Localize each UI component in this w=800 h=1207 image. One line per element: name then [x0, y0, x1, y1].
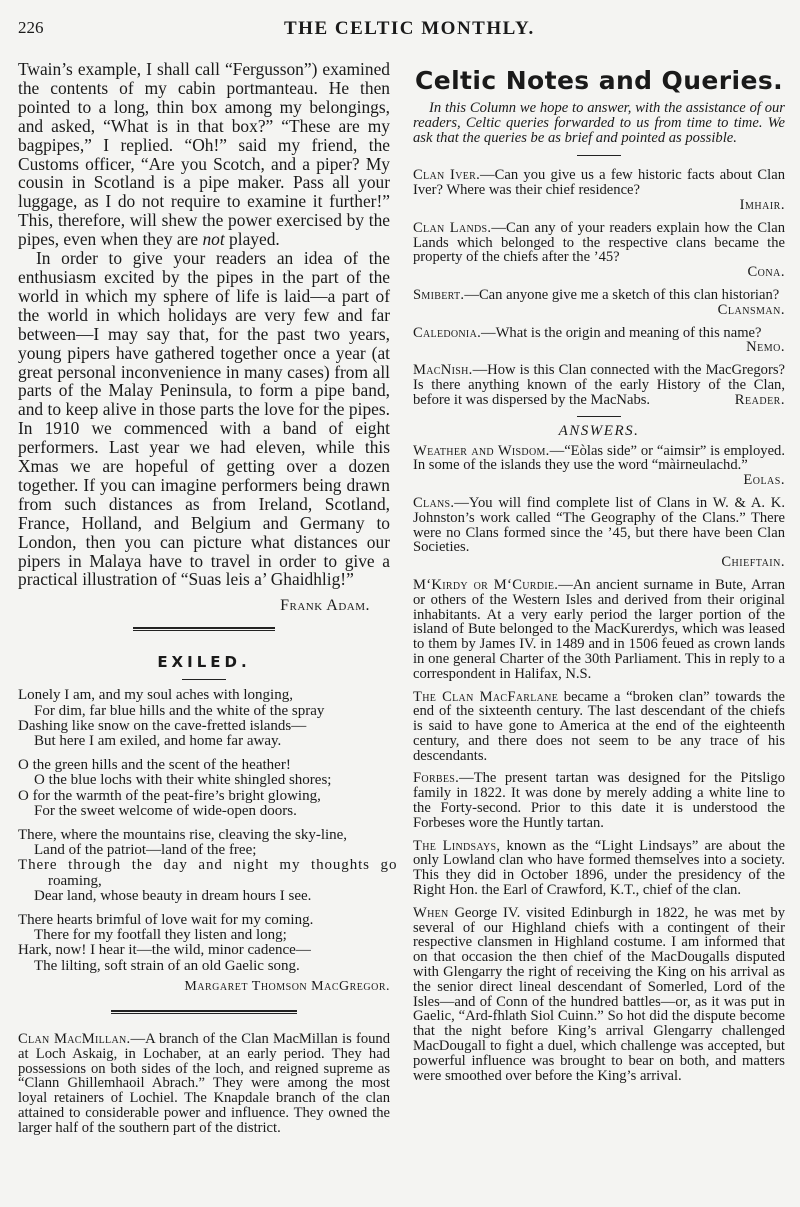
- left-column: Twain’s example, I shall call “Fergusson…: [18, 60, 390, 1144]
- page-number: 226: [18, 18, 44, 38]
- section-intro: In this Column we hope to answer, with t…: [413, 101, 785, 145]
- stanza-2: O the green hills and the scent of the h…: [18, 758, 390, 819]
- article-continuation: Twain’s example, I shall call “Fergusson…: [18, 60, 390, 615]
- note-heading: Clan MacMillan.: [18, 1031, 130, 1047]
- poem-line: The lilting, soft strain of an old Gaeli…: [18, 959, 390, 974]
- queries-list: Clan Iver.—Can you give us a few histori…: [413, 168, 785, 407]
- paragraph-text: played.: [225, 229, 280, 249]
- answers-list: Weather and Wisdom.—“Eòlas side” or “aim…: [413, 444, 785, 1084]
- paragraph-text: Twain’s example, I shall call “Fergusson…: [18, 59, 390, 249]
- query-item: MacNish.—How is this Clan connected with…: [413, 363, 785, 407]
- running-head: 226 THE CELTIC MONTHLY.: [18, 18, 782, 42]
- section-divider: [577, 416, 621, 417]
- query-heading: Clan Lands.: [413, 220, 491, 236]
- answer-author: Chieftain.: [423, 555, 785, 570]
- note-body: —A branch of the Clan MacMillan is found…: [18, 1031, 390, 1136]
- right-column: Celtic Notes and Queries. In this Column…: [413, 60, 785, 1091]
- poem-title: EXILED.: [18, 653, 390, 671]
- query-author: Cona.: [423, 265, 785, 280]
- answer-body: George IV. visited Edinburgh in 1822, he…: [413, 905, 785, 1084]
- query-body: —Can anyone give me a sketch of this cla…: [464, 287, 779, 303]
- poem-line: Dashing like snow on the cave-fretted is…: [18, 719, 390, 734]
- poem-line: For dim, far blue hills and the white of…: [18, 704, 390, 719]
- article-paragraph-2: In order to give your readers an idea of…: [18, 249, 390, 589]
- query-item: Clan Iver.—Can you give us a few histori…: [413, 168, 785, 212]
- query-heading: Smibert.: [413, 287, 464, 303]
- journal-title: THE CELTIC MONTHLY.: [284, 18, 535, 40]
- poem-line: roaming,: [18, 874, 390, 889]
- answer-heading: Forbes.: [413, 770, 459, 786]
- answer-item: Clans.—You will find complete list of Cl…: [413, 496, 785, 570]
- query-item: Smibert.—Can anyone give me a sketch of …: [413, 288, 785, 318]
- query-author: Nemo.: [746, 340, 785, 355]
- query-author: Clansman.: [718, 303, 785, 318]
- poem-line: But here I am exiled, and home far away.: [18, 734, 390, 749]
- poem-author: Margaret Thomson MacGregor.: [18, 979, 390, 994]
- poem-line: There for my footfall they listen and lo…: [18, 928, 390, 943]
- section-divider: [133, 627, 275, 631]
- poem-line: There hearts brimful of love wait for my…: [18, 913, 390, 928]
- poem-line: Land of the patriot—land of the free;: [18, 843, 390, 858]
- query-heading: MacNish.: [413, 362, 473, 378]
- article-signature: Frank Adam.: [18, 597, 390, 615]
- poem-line: Hark, now! I hear it—the wild, minor cad…: [18, 943, 390, 958]
- answer-body: —An ancient surname in Bute, Arran or ot…: [413, 577, 785, 682]
- answer-item: When George IV. visited Edinburgh in 182…: [413, 906, 785, 1084]
- stanza-3: There, where the mountains rise, cleavin…: [18, 828, 390, 904]
- answer-heading: Clans.: [413, 495, 454, 511]
- query-item: Caledonia.—What is the origin and meanin…: [413, 326, 785, 356]
- poem-line: O the green hills and the scent of the h…: [18, 758, 390, 773]
- query-author: Reader.: [735, 393, 785, 408]
- answer-heading: When: [413, 905, 449, 921]
- query-heading: Caledonia.: [413, 325, 481, 341]
- stanza-4: There hearts brimful of love wait for my…: [18, 913, 390, 974]
- answer-author: Eolas.: [743, 473, 785, 488]
- poem-exiled: Lonely I am, and my soul aches with long…: [18, 688, 390, 994]
- answer-item: Forbes.—The present tartan was designed …: [413, 771, 785, 830]
- answer-item: Weather and Wisdom.—“Eòlas side” or “aim…: [413, 444, 785, 488]
- magazine-page: 226 THE CELTIC MONTHLY. Twain’s example,…: [0, 0, 800, 1207]
- answers-title: ANSWERS.: [413, 423, 785, 440]
- answer-heading: M‘Kirdy or M‘Curdie.: [413, 577, 558, 593]
- answer-body: —The present tartan was designed for the…: [413, 770, 785, 830]
- answer-item: M‘Kirdy or M‘Curdie.—An ancient surname …: [413, 578, 785, 682]
- poem-line: There through the day and night my thoug…: [18, 858, 390, 873]
- note-clan-macmillan: Clan MacMillan.—A branch of the Clan Mac…: [18, 1032, 390, 1136]
- answer-heading: The Lindsays,: [413, 838, 500, 854]
- poem-line: There, where the mountains rise, cleavin…: [18, 828, 390, 843]
- emphasis-not: not: [202, 229, 224, 249]
- poem-line: Dear land, whose beauty in dream hours I…: [18, 889, 390, 904]
- query-heading: Clan Iver.: [413, 167, 480, 183]
- query-author: Imhair.: [423, 198, 785, 213]
- section-title: Celtic Notes and Queries.: [413, 66, 785, 95]
- answer-item: The Lindsays, known as the “Light Lindsa…: [413, 839, 785, 898]
- stanza-1: Lonely I am, and my soul aches with long…: [18, 688, 390, 749]
- answer-heading: Weather and Wisdom.: [413, 443, 550, 459]
- query-body: —What is the origin and meaning of this …: [481, 325, 761, 341]
- poem-line: O the blue lochs with their white shingl…: [18, 773, 390, 788]
- title-rule: [182, 679, 226, 680]
- poem-line: O for the warmth of the peat-fire’s brig…: [18, 789, 390, 804]
- poem-line: For the sweet welcome of wide-open doors…: [18, 804, 390, 819]
- poem-line: Lonely I am, and my soul aches with long…: [18, 688, 390, 703]
- answer-item: The Clan MacFarlane became a “broken cla…: [413, 690, 785, 764]
- answer-body: —You will find complete list of Clans in…: [413, 495, 785, 555]
- query-item: Clan Lands.—Can any of your readers expl…: [413, 221, 785, 280]
- answer-heading: The Clan MacFarlane: [413, 689, 558, 705]
- article-paragraph-1: Twain’s example, I shall call “Fergusson…: [18, 60, 390, 249]
